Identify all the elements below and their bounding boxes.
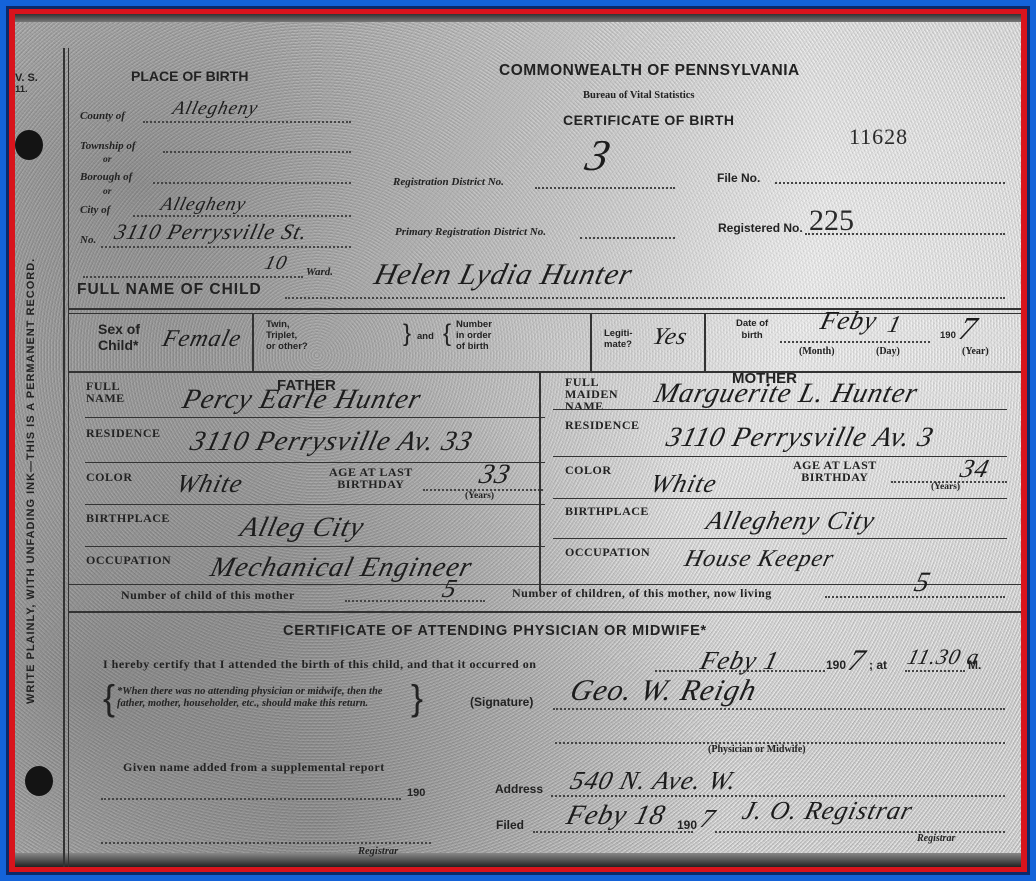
bureau-name: Bureau of Vital Statistics	[583, 90, 695, 101]
dob-year-prefix: 190	[940, 330, 956, 341]
mother-years-caption: (Years)	[931, 482, 960, 492]
order-label-line3: of birth	[456, 341, 492, 352]
mother-age-value: 34	[957, 454, 992, 484]
margin-rule-2	[68, 48, 69, 867]
father-age-value: 33	[476, 459, 514, 491]
occurred-date-value: Feby 1	[697, 646, 782, 676]
mother-name-value: Marguerite L. Hunter	[651, 378, 921, 410]
address-label: Address	[495, 782, 543, 796]
street-no-label: No.	[80, 234, 96, 246]
supplemental-name-line	[101, 798, 401, 800]
father-name-rule	[85, 417, 545, 418]
mother-color-rule	[553, 498, 1007, 499]
father-occupation-label: OCCUPATION	[86, 553, 171, 568]
supplemental-registrar-line	[101, 842, 431, 844]
permanent-record-notice: WRITE PLAINLY, WITH UNFADING INK—THIS IS…	[25, 258, 37, 704]
occurred-year-prefix: 190	[826, 658, 846, 672]
registration-district-value: 3	[581, 130, 617, 181]
form-code-line2: 11.	[15, 84, 38, 95]
mother-name-label-line3: NAME	[565, 400, 618, 412]
supplemental-label: Given name added from a supplemental rep…	[123, 760, 385, 775]
ward-value: 10	[262, 252, 290, 275]
father-years-caption: (Years)	[465, 491, 494, 501]
footnote-brace-left: {	[103, 680, 115, 716]
mother-residence-rule	[553, 456, 1007, 457]
meridiem-label: M.	[968, 658, 981, 672]
binder-hole-bottom	[25, 766, 53, 796]
year-caption: (Year)	[962, 346, 989, 357]
and-label: and	[417, 331, 434, 342]
registered-no-label: Registered No.	[718, 221, 803, 235]
father-age-label: AGE AT LAST BIRTHDAY	[329, 466, 413, 490]
father-occupation-value: Mechanical Engineer	[207, 552, 476, 584]
city-value: Allegheny	[158, 194, 248, 216]
filed-date-value: Feby 18	[563, 800, 669, 832]
mother-residence-value: 3110 Perrysville Av. 3	[663, 422, 937, 454]
twin-label-line3: or other?	[266, 341, 308, 352]
day-caption: (Day)	[876, 346, 900, 357]
father-birthplace-rule	[85, 546, 545, 547]
stamp-number: 11628	[849, 124, 908, 150]
father-residence-rule	[85, 462, 545, 463]
occurred-year-value: 7	[845, 644, 869, 678]
mother-birthplace-rule	[553, 538, 1007, 539]
supplemental-registrar-caption: Registrar	[358, 846, 398, 857]
father-age-label-line2: BIRTHDAY	[329, 478, 413, 490]
twin-label: Twin, Triplet, or other?	[266, 319, 308, 352]
registrar-signature: J. O. Registrar	[739, 796, 916, 826]
binder-hole-top	[15, 130, 43, 160]
county-value: Allegheny	[170, 98, 260, 120]
or-label-1: or	[103, 155, 111, 165]
mother-age-label: AGE AT LAST BIRTHDAY	[793, 459, 877, 483]
dob-label: Date of birth	[736, 318, 768, 342]
dob-year-value: 7	[955, 310, 981, 347]
dob-label-line1: Date of	[736, 318, 768, 330]
certificate-title: CERTIFICATE OF BIRTH	[563, 112, 735, 128]
father-name-value: Percy Earle Hunter	[179, 384, 425, 416]
mother-name-label: FULL MAIDEN NAME	[565, 376, 618, 412]
father-color-value: White	[173, 469, 246, 499]
twin-label-line1: Twin,	[266, 319, 308, 330]
mother-name-rule	[553, 409, 1007, 410]
ward-line	[83, 276, 303, 278]
order-label-line2: in order	[456, 330, 492, 341]
sex-label-line1: Sex of	[98, 321, 140, 337]
borough-label: Borough of	[80, 171, 132, 183]
parents-divider	[539, 371, 541, 591]
registrar-line	[715, 831, 1005, 833]
order-label: Number in order of birth	[456, 319, 492, 352]
footnote-brace-right: }	[411, 680, 423, 716]
signature-label: (Signature)	[470, 695, 533, 709]
ward-label: Ward.	[306, 266, 333, 278]
top-shadow-band	[15, 14, 1021, 22]
footnote-text: *When there was no attending physician o…	[117, 686, 407, 710]
dob-day-value: 1	[885, 312, 905, 339]
legitimate-label: Legiti- mate?	[604, 328, 633, 350]
child-number-line	[345, 600, 485, 602]
or-label-2: or	[103, 187, 111, 197]
street-no-value: 3110 Perrysville St.	[112, 219, 311, 245]
signature-value: Geo. W. Reigh	[567, 674, 761, 708]
county-line	[143, 121, 351, 123]
father-residence-value: 3110 Perrysville Av. 33	[187, 426, 476, 458]
legitimate-label-line1: Legiti-	[604, 328, 633, 339]
father-color-label: COLOR	[86, 470, 133, 485]
mother-birthplace-label: BIRTHPLACE	[565, 504, 649, 519]
sex-value: Female	[160, 326, 245, 353]
dob-line	[780, 341, 930, 343]
sex-divider	[252, 314, 254, 372]
father-birthplace-value: Alleg City	[237, 512, 368, 544]
supplemental-year-prefix: 190	[407, 787, 425, 799]
sex-label-line2: Child*	[98, 337, 140, 353]
dob-label-line2: birth	[736, 330, 768, 342]
mother-color-value: White	[647, 469, 720, 499]
legitimate-value: Yes	[650, 324, 691, 351]
file-no-line	[775, 182, 1005, 184]
file-no-label: File No.	[717, 171, 760, 185]
at-label: ; at	[869, 658, 887, 672]
filed-label: Filed	[496, 818, 524, 832]
legitimate-label-line2: mate?	[604, 339, 633, 350]
mother-birthplace-value: Allegheny City	[703, 506, 878, 536]
child-name-label: FULL NAME OF CHILD	[77, 281, 262, 299]
mother-occupation-value: House Keeper	[682, 546, 837, 573]
twin-label-line2: Triplet,	[266, 330, 308, 341]
form-code: V. S. 11.	[15, 72, 38, 95]
order-label-line1: Number	[456, 319, 492, 330]
brace-right: }	[403, 320, 411, 348]
signature-caption: (Physician or Midwife)	[708, 744, 806, 755]
township-label: Township of	[80, 140, 136, 152]
registered-no-value: 225	[809, 204, 854, 238]
registration-district-line	[535, 187, 675, 189]
mother-residence-label: RESIDENCE	[565, 418, 640, 433]
child-name-value: Helen Lydia Hunter	[371, 258, 637, 292]
registration-district-label: Registration District No.	[393, 176, 504, 188]
city-label: City of	[80, 204, 110, 216]
mother-occupation-label: OCCUPATION	[565, 545, 650, 560]
certify-statement: I hereby certify that I attended the bir…	[103, 657, 536, 672]
margin-rule-1	[63, 48, 65, 867]
order-divider	[590, 314, 592, 372]
address-value: 540 N. Ave. W.	[567, 766, 740, 796]
time-line	[905, 670, 965, 672]
rule-after-parents	[69, 584, 1021, 585]
child-number-label: Number of child of this mother	[121, 588, 295, 603]
place-of-birth-title: PLACE OF BIRTH	[131, 68, 248, 84]
borough-line	[153, 182, 351, 184]
sex-label: Sex of Child*	[98, 321, 140, 353]
dob-month-value: Feby	[817, 306, 880, 336]
rule-after-dob	[69, 371, 1021, 373]
father-name-label-line2: NAME	[86, 392, 125, 404]
children-living-value: 5	[911, 567, 934, 599]
birth-certificate-document: V. S. 11. WRITE PLAINLY, WITH UNFADING I…	[15, 14, 1021, 867]
father-color-rule	[85, 504, 545, 505]
form-code-line1: V. S.	[15, 72, 38, 84]
signature-line	[553, 708, 1005, 710]
registrar-caption: Registrar	[917, 833, 955, 844]
street-no-line	[101, 246, 351, 248]
rule-before-physician	[69, 611, 1021, 613]
state-title: COMMONWEALTH OF PENNSYLVANIA	[499, 62, 800, 80]
child-name-line	[285, 297, 1005, 299]
filed-year-value: 7	[697, 804, 718, 834]
father-residence-label: RESIDENCE	[86, 426, 161, 441]
physician-section-title: CERTIFICATE OF ATTENDING PHYSICIAN OR MI…	[283, 623, 707, 639]
brace-left: {	[443, 320, 451, 348]
primary-district-label: Primary Registration District No.	[395, 226, 546, 238]
township-line	[163, 151, 351, 153]
children-living-label: Number of children, of this mother, now …	[512, 586, 772, 601]
filed-year-prefix: 190	[677, 818, 697, 832]
legitimate-divider	[704, 314, 706, 372]
mother-age-label-line2: BIRTHDAY	[793, 471, 877, 483]
month-caption: (Month)	[799, 346, 835, 357]
mother-color-label: COLOR	[565, 463, 612, 478]
bottom-shadow-band	[15, 853, 1021, 867]
county-label: County of	[80, 110, 125, 122]
father-birthplace-label: BIRTHPLACE	[86, 511, 170, 526]
primary-district-line	[580, 237, 675, 239]
father-name-label: FULL NAME	[86, 380, 125, 404]
